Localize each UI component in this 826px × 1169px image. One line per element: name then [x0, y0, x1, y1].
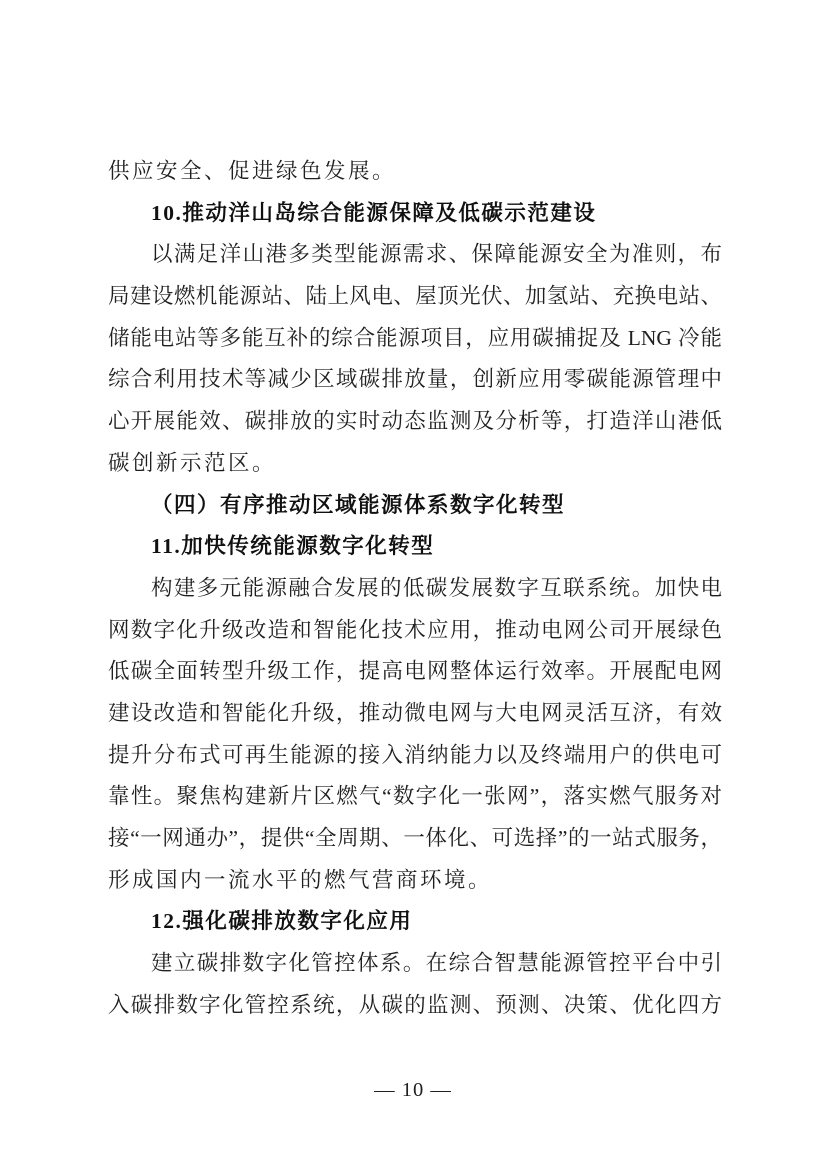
section-heading-line: （四）有序推动区域能源体系数字化转型 — [108, 485, 722, 527]
heading-line: 12.强化碳排放数字化应用 — [108, 901, 722, 943]
paragraph-line: 低碳全面转型升级工作，提高电网整体运行效率。开展配电网 — [108, 651, 722, 693]
page-footer: — 10 — — [0, 1077, 826, 1103]
paragraph-line: 综合利用技术等减少区域碳排放量，创新应用零碳能源管理中 — [108, 359, 722, 401]
document-page: 供应安全、促进绿色发展。 10.推动洋山岛综合能源保障及低碳示范建设 以满足洋山… — [0, 0, 826, 1169]
document-text-block: 供应安全、促进绿色发展。 10.推动洋山岛综合能源保障及低碳示范建设 以满足洋山… — [108, 151, 722, 1026]
paragraph-line: 以满足洋山港多类型能源需求、保障能源安全为准则，布 — [108, 234, 722, 276]
paragraph-line: 形成国内一流水平的燃气营商环境。 — [108, 860, 722, 902]
paragraph-line: 碳创新示范区。 — [108, 443, 722, 485]
paragraph-line: 靠性。聚焦构建新片区燃气“数字化一张网”，落实燃气服务对 — [108, 776, 722, 818]
heading-line: 10.推动洋山岛综合能源保障及低碳示范建设 — [108, 193, 722, 235]
paragraph-line: 心开展能效、碳排放的实时动态监测及分析等，打造洋山港低 — [108, 401, 722, 443]
paragraph-line: 储能电站等多能互补的综合能源项目，应用碳捕捉及 LNG 冷能 — [108, 318, 722, 360]
paragraph-line: 建立碳排数字化管控体系。在综合智慧能源管控平台中引 — [108, 943, 722, 985]
paragraph-line: 建设改造和智能化升级，推动微电网与大电网灵活互济，有效 — [108, 693, 722, 735]
paragraph-line: 局建设燃机能源站、陆上风电、屋顶光伏、加氢站、充换电站、 — [108, 276, 722, 318]
paragraph-line: 网数字化升级改造和智能化技术应用，推动电网公司开展绿色 — [108, 610, 722, 652]
paragraph-line: 供应安全、促进绿色发展。 — [108, 151, 722, 193]
paragraph-line: 入碳排数字化管控系统，从碳的监测、预测、决策、优化四方 — [108, 985, 722, 1027]
heading-line: 11.加快传统能源数字化转型 — [108, 526, 722, 568]
paragraph-line: 构建多元能源融合发展的低碳发展数字互联系统。加快电 — [108, 568, 722, 610]
paragraph-line: 提升分布式可再生能源的接入消纳能力以及终端用户的供电可 — [108, 735, 722, 777]
paragraph-line: 接“一网通办”，提供“全周期、一体化、可选择”的一站式服务， — [108, 818, 722, 860]
page-number: — 10 — — [374, 1079, 452, 1101]
